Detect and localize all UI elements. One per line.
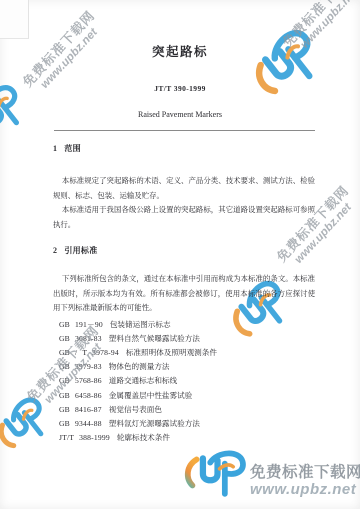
up-logo-icon	[241, 18, 334, 107]
document-page: 突起路标 JT/T 390-1999 Raised Pavement Marke…	[0, 0, 360, 509]
document-content: 突起路标 JT/T 390-1999 Raised Pavement Marke…	[0, 0, 360, 509]
reference-item: GB 3979-83物体色的测量方法	[59, 360, 315, 374]
reference-item: GB 8416-87视觉信号表面色	[59, 403, 315, 417]
page-title-english: Raised Pavement Markers	[0, 110, 360, 119]
watermark-brand-text: 免费标准下载网 www.upbz.net	[250, 460, 360, 498]
reference-item: GB 3681-83塑料自然气候曝露试验方法	[59, 332, 315, 346]
reference-item: GB 5768-86道路交通标志和标线	[59, 374, 315, 388]
document-body: 1范围 本标准规定了突起路标的术语、定义、产品分类、技术要求、测试方法、检验规则…	[53, 144, 315, 445]
reference-item: GB 6458-86金属覆盖层中性盐雾试验	[59, 389, 315, 403]
section-heading-scope: 1范围	[53, 144, 315, 154]
paragraph: 本标准规定了突起路标的术语、定义、产品分类、技术要求、测试方法、检验规则、标志、…	[53, 174, 315, 203]
watermark-text: 免费标准下载网 www.upbz.net	[276, 0, 360, 64]
up-logo-icon	[183, 449, 251, 497]
title-divider	[54, 130, 315, 131]
up-logo-icon	[0, 76, 37, 149]
standard-number: JT/T 390-1999	[0, 84, 360, 93]
reference-item: GB / T 3978-94标准照明体及照明观测条件	[59, 346, 315, 360]
paragraph: 下列标准所包含的条文，通过在本标准中引用而构成为本标准的条文。本标准出版时，所示…	[53, 272, 315, 316]
section-heading-references: 2引用标准	[53, 246, 315, 256]
up-logo-icon	[0, 388, 61, 459]
page-title: 突起路标	[0, 42, 360, 60]
paragraph: 本标准适用于我国各级公路上设置的突起路标，其它道路设置突起路标可参照执行。	[53, 203, 315, 232]
watermark-brand: 免费标准下载网 www.upbz.net	[183, 449, 251, 497]
watermark-text: 免费标准下载网 www.upbz.net	[16, 3, 112, 104]
reference-item: GB 9344-88塑料氙灯光源曝露试验方法	[59, 417, 315, 431]
watermark-text: 免费标准下载网 www.upbz.net	[270, 178, 360, 279]
reference-item: JT/T 388-1999轮廓标技术条件	[59, 431, 315, 445]
scan-corner-artifact	[0, 0, 29, 39]
reference-list: GB 191－90包装储运图示标志 GB 3681-83塑料自然气候曝露试验方法…	[53, 318, 315, 446]
up-logo-icon	[221, 271, 302, 349]
reference-item: GB 191－90包装储运图示标志	[59, 318, 315, 332]
watermark-text: 免费标准下载网 www.upbz.net	[20, 318, 116, 419]
